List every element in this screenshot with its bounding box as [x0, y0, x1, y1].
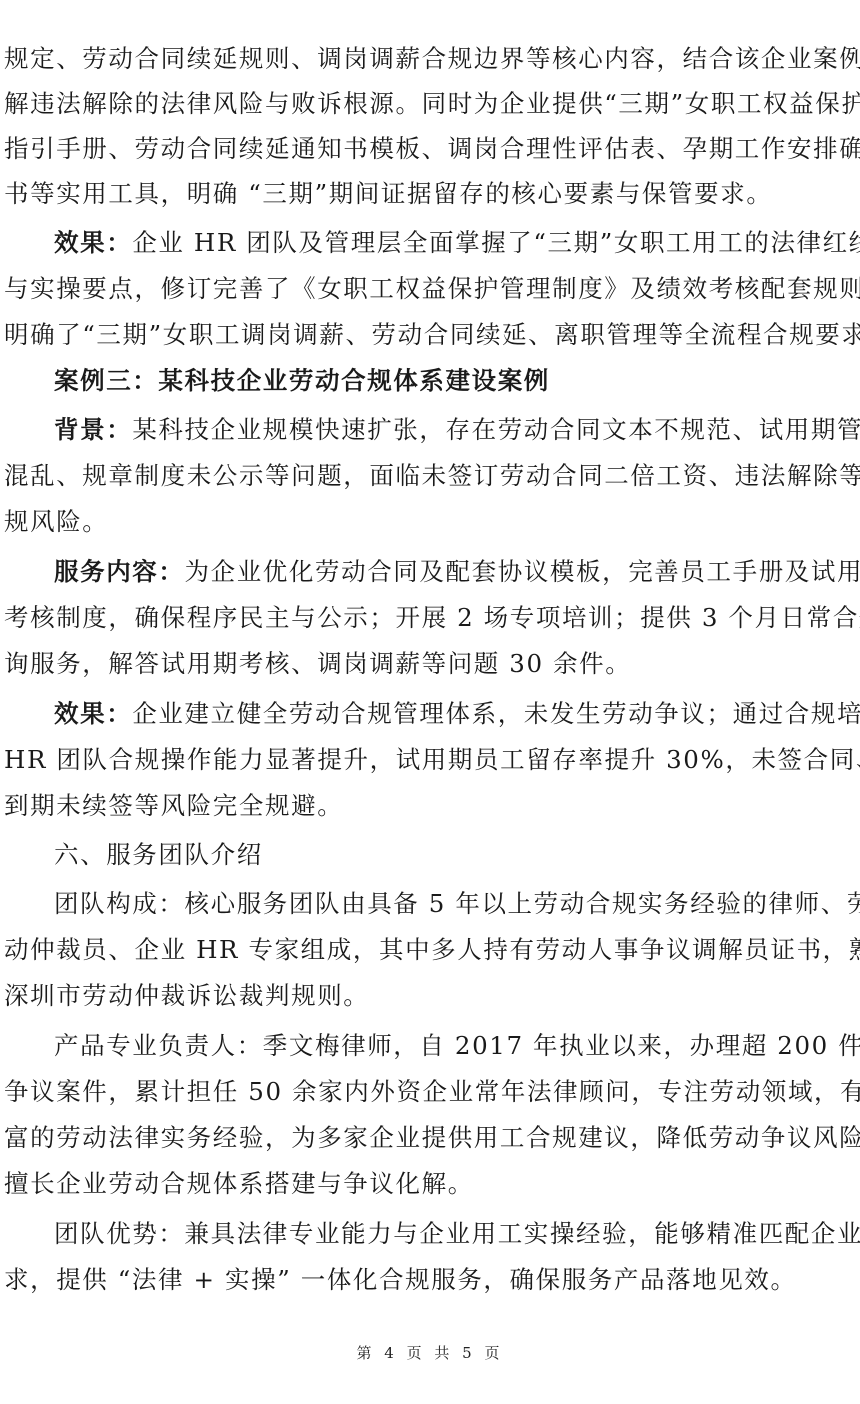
paragraph-line: 混乱、规章制度未公示等问题，面临未签订劳动合同二倍工资、违法解除等合 — [4, 461, 856, 491]
background-label: 背景： — [54, 415, 132, 444]
effect-paragraph-first-line: 效果：企业 HR 团队及管理层全面掌握了“三期”女职工用工的法律红线 — [54, 228, 856, 258]
case3-heading: 案例三：某科技企业劳动合规体系建设案例 — [54, 366, 856, 396]
paragraph-first-line: 产品专业负责人：季文梅律师，自 2017 年执业以来，办理超 200 件劳动 — [54, 1031, 856, 1061]
section6-heading: 六、服务团队介绍 — [54, 840, 856, 870]
paragraph-line: 规风险。 — [4, 507, 856, 537]
paragraph-line: 富的劳动法律实务经验，为多家企业提供用工合规建议，降低劳动争议风险， — [4, 1123, 856, 1153]
paragraph-first-line: 团队优势：兼具法律专业能力与企业用工实操经验，能够精准匹配企业需 — [54, 1219, 856, 1249]
paragraph-first-line: 团队构成：核心服务团队由具备 5 年以上劳动合规实务经验的律师、劳 — [54, 889, 856, 919]
paragraph-line: 求，提供 “法律 + 实操” 一体化合规服务，确保服务产品落地见效。 — [4, 1265, 856, 1295]
paragraph-line: 擅长企业劳动合规体系搭建与争议化解。 — [4, 1169, 856, 1199]
page-number-footer: 第 4 页 共 5 页 — [0, 1342, 860, 1363]
paragraph-line: 与实操要点，修订完善了《女职工权益保护管理制度》及绩效考核配套规则， — [4, 274, 856, 304]
paragraph-line: 考核制度，确保程序民主与公示；开展 2 场专项培训；提供 3 个月日常合规咨 — [4, 603, 856, 633]
service-label: 服务内容： — [54, 557, 185, 586]
background-paragraph-first-line: 背景：某科技企业规模快速扩张，存在劳动合同文本不规范、试用期管理 — [54, 415, 856, 445]
paragraph-line: 明确了“三期”女职工调岗调薪、劳动合同续延、离职管理等全流程合规要求。 — [4, 320, 856, 350]
paragraph-line: HR 团队合规操作能力显著提升，试用期员工留存率提升 30%，未签合同、合同 — [4, 745, 856, 775]
paragraph-line: 动仲裁员、企业 HR 专家组成，其中多人持有劳动人事争议调解员证书，熟悉 — [4, 935, 856, 965]
effect-paragraph-first-line: 效果：企业建立健全劳动合规管理体系，未发生劳动争议；通过合规培训， — [54, 699, 856, 729]
service-paragraph-first-line: 服务内容：为企业优化劳动合同及配套协议模板，完善员工手册及试用期 — [54, 557, 856, 587]
paragraph-line: 书等实用工具，明确 “三期”期间证据留存的核心要素与保管要求。 — [4, 179, 856, 209]
paragraph-line: 到期未续签等风险完全规避。 — [4, 791, 856, 821]
paragraph-line: 解违法解除的法律风险与败诉根源。同时为企业提供“三期”女职工权益保护 — [4, 89, 856, 119]
effect-label: 效果： — [54, 699, 132, 728]
paragraph-line: 询服务，解答试用期考核、调岗调薪等问题 30 余件。 — [4, 649, 856, 679]
paragraph-line: 指引手册、劳动合同续延通知书模板、调岗合理性评估表、孕期工作安排确认 — [4, 134, 856, 164]
effect-label: 效果： — [54, 228, 132, 257]
document-page: 规定、劳动合同续延规则、调岗调薪合规边界等核心内容，结合该企业案例拆 解违法解除… — [0, 0, 860, 1404]
paragraph-line: 规定、劳动合同续延规则、调岗调薪合规边界等核心内容，结合该企业案例拆 — [4, 44, 856, 74]
paragraph-line: 争议案件，累计担任 50 余家内外资企业常年法律顾问，专注劳动领域，有丰 — [4, 1077, 856, 1107]
paragraph-line: 深圳市劳动仲裁诉讼裁判规则。 — [4, 981, 856, 1011]
